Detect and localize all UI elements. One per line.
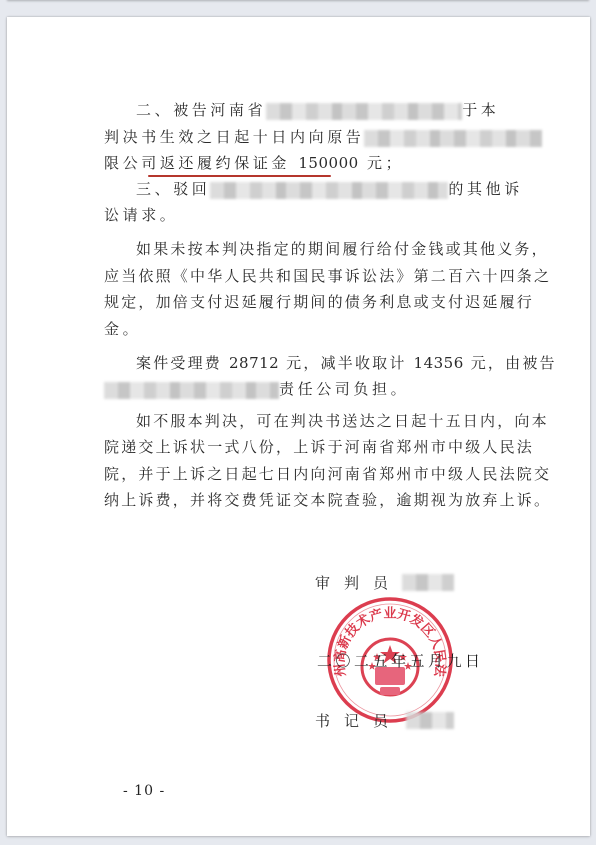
paragraph-2-line-2: 判决书生效之日起十日内向原告 — [104, 124, 542, 150]
text: 如不服本判决，可在判决书送达之日起十五日内，向本 — [136, 412, 549, 430]
text: 责任公司负担。 — [279, 380, 409, 398]
text: 金。 — [104, 320, 141, 338]
redacted-judge-name — [402, 574, 454, 591]
reduced-case-fee: 14356 — [414, 354, 464, 372]
text: 如果未按本判决指定的期间履行给付金钱或其他义务， — [136, 240, 549, 258]
text: 限公司 — [104, 154, 160, 172]
paragraph-2-line-1: 二、被告河南省于本 — [136, 97, 499, 123]
text: 规定，加倍支付迟延履行期间的债务利息或支付迟延履行 — [104, 293, 534, 311]
text: 于本 — [462, 101, 499, 119]
judgment-date: 二〇二五年五月九日 — [317, 650, 484, 671]
redacted-plaintiff-name — [210, 182, 448, 199]
judge-label: 审判员 — [315, 572, 402, 593]
paragraph-5-line-1: 案件受理费 28712 元，减半收取计 14356 元，由被告 — [136, 350, 557, 376]
paragraph-6-line-1: 如不服本判决，可在判决书送达之日起十五日内，向本 — [136, 408, 549, 434]
text: 元； — [367, 154, 404, 172]
paragraph-6-line-3: 院，并于上诉之日起七日内向河南省郑州市中级人民法院交 — [104, 461, 551, 487]
text: 元，由被告 — [471, 354, 557, 372]
document-page: 二、被告河南省于本 判决书生效之日起十日内向原告 限公司返还履约保证金 1500… — [7, 17, 590, 836]
paragraph-3-line-2: 讼请求。 — [104, 202, 178, 228]
text: 案件受理费 — [136, 354, 222, 372]
highlighted-text: 返还履约保证金 — [160, 154, 290, 172]
text: 二、被告河南省 — [136, 101, 266, 119]
text: 院，并于上诉之日起七日内向河南省郑州市中级人民法院交 — [104, 465, 551, 483]
paragraph-4-line-4: 金。 — [104, 316, 141, 342]
clerk-label: 书记员 — [315, 710, 402, 731]
paragraph-5-line-2: 责任公司负担。 — [104, 376, 409, 402]
text: 三、驳回 — [136, 180, 210, 198]
paragraph-3-line-1: 三、驳回的其他诉 — [136, 176, 523, 202]
text: 讼请求。 — [104, 206, 178, 224]
paragraph-6-line-4: 纳上诉费，并将交费凭证交本院查验，逾期视为放弃上诉。 — [104, 487, 551, 513]
redacted-defendant-name — [104, 382, 279, 399]
case-fee: 28712 — [229, 354, 279, 372]
paragraph-6-line-2: 院递交上诉状一式八份，上诉于河南省郑州市中级人民法 — [104, 434, 534, 460]
paragraph-4-line-3: 规定，加倍支付迟延履行期间的债务利息或支付迟延履行 — [104, 289, 534, 315]
paragraph-2-line-3: 限公司返还履约保证金 150000 元； — [104, 150, 404, 176]
paragraph-4-line-1: 如果未按本判决指定的期间履行给付金钱或其他义务， — [136, 236, 549, 262]
redacted-plaintiff-name — [364, 130, 542, 147]
text: 元，减半收取计 — [286, 354, 406, 372]
redacted-clerk-name — [406, 712, 454, 729]
text: 的其他诉 — [448, 180, 522, 198]
redacted-defendant-name — [266, 103, 462, 120]
text: 院递交上诉状一式八份，上诉于河南省郑州市中级人民法 — [104, 438, 534, 456]
deposit-amount: 150000 — [298, 154, 358, 172]
text: 判决书生效之日起十日内向原告 — [104, 128, 364, 146]
page-number: - 10 - — [123, 783, 165, 799]
text: 纳上诉费，并将交费凭证交本院查验，逾期视为放弃上诉。 — [104, 491, 551, 509]
paragraph-4-line-2: 应当依照《中华人民共和国民事诉讼法》第二百六十四条之 — [104, 263, 551, 289]
text: 应当依照《中华人民共和国民事诉讼法》第二百六十四条之 — [104, 267, 551, 285]
